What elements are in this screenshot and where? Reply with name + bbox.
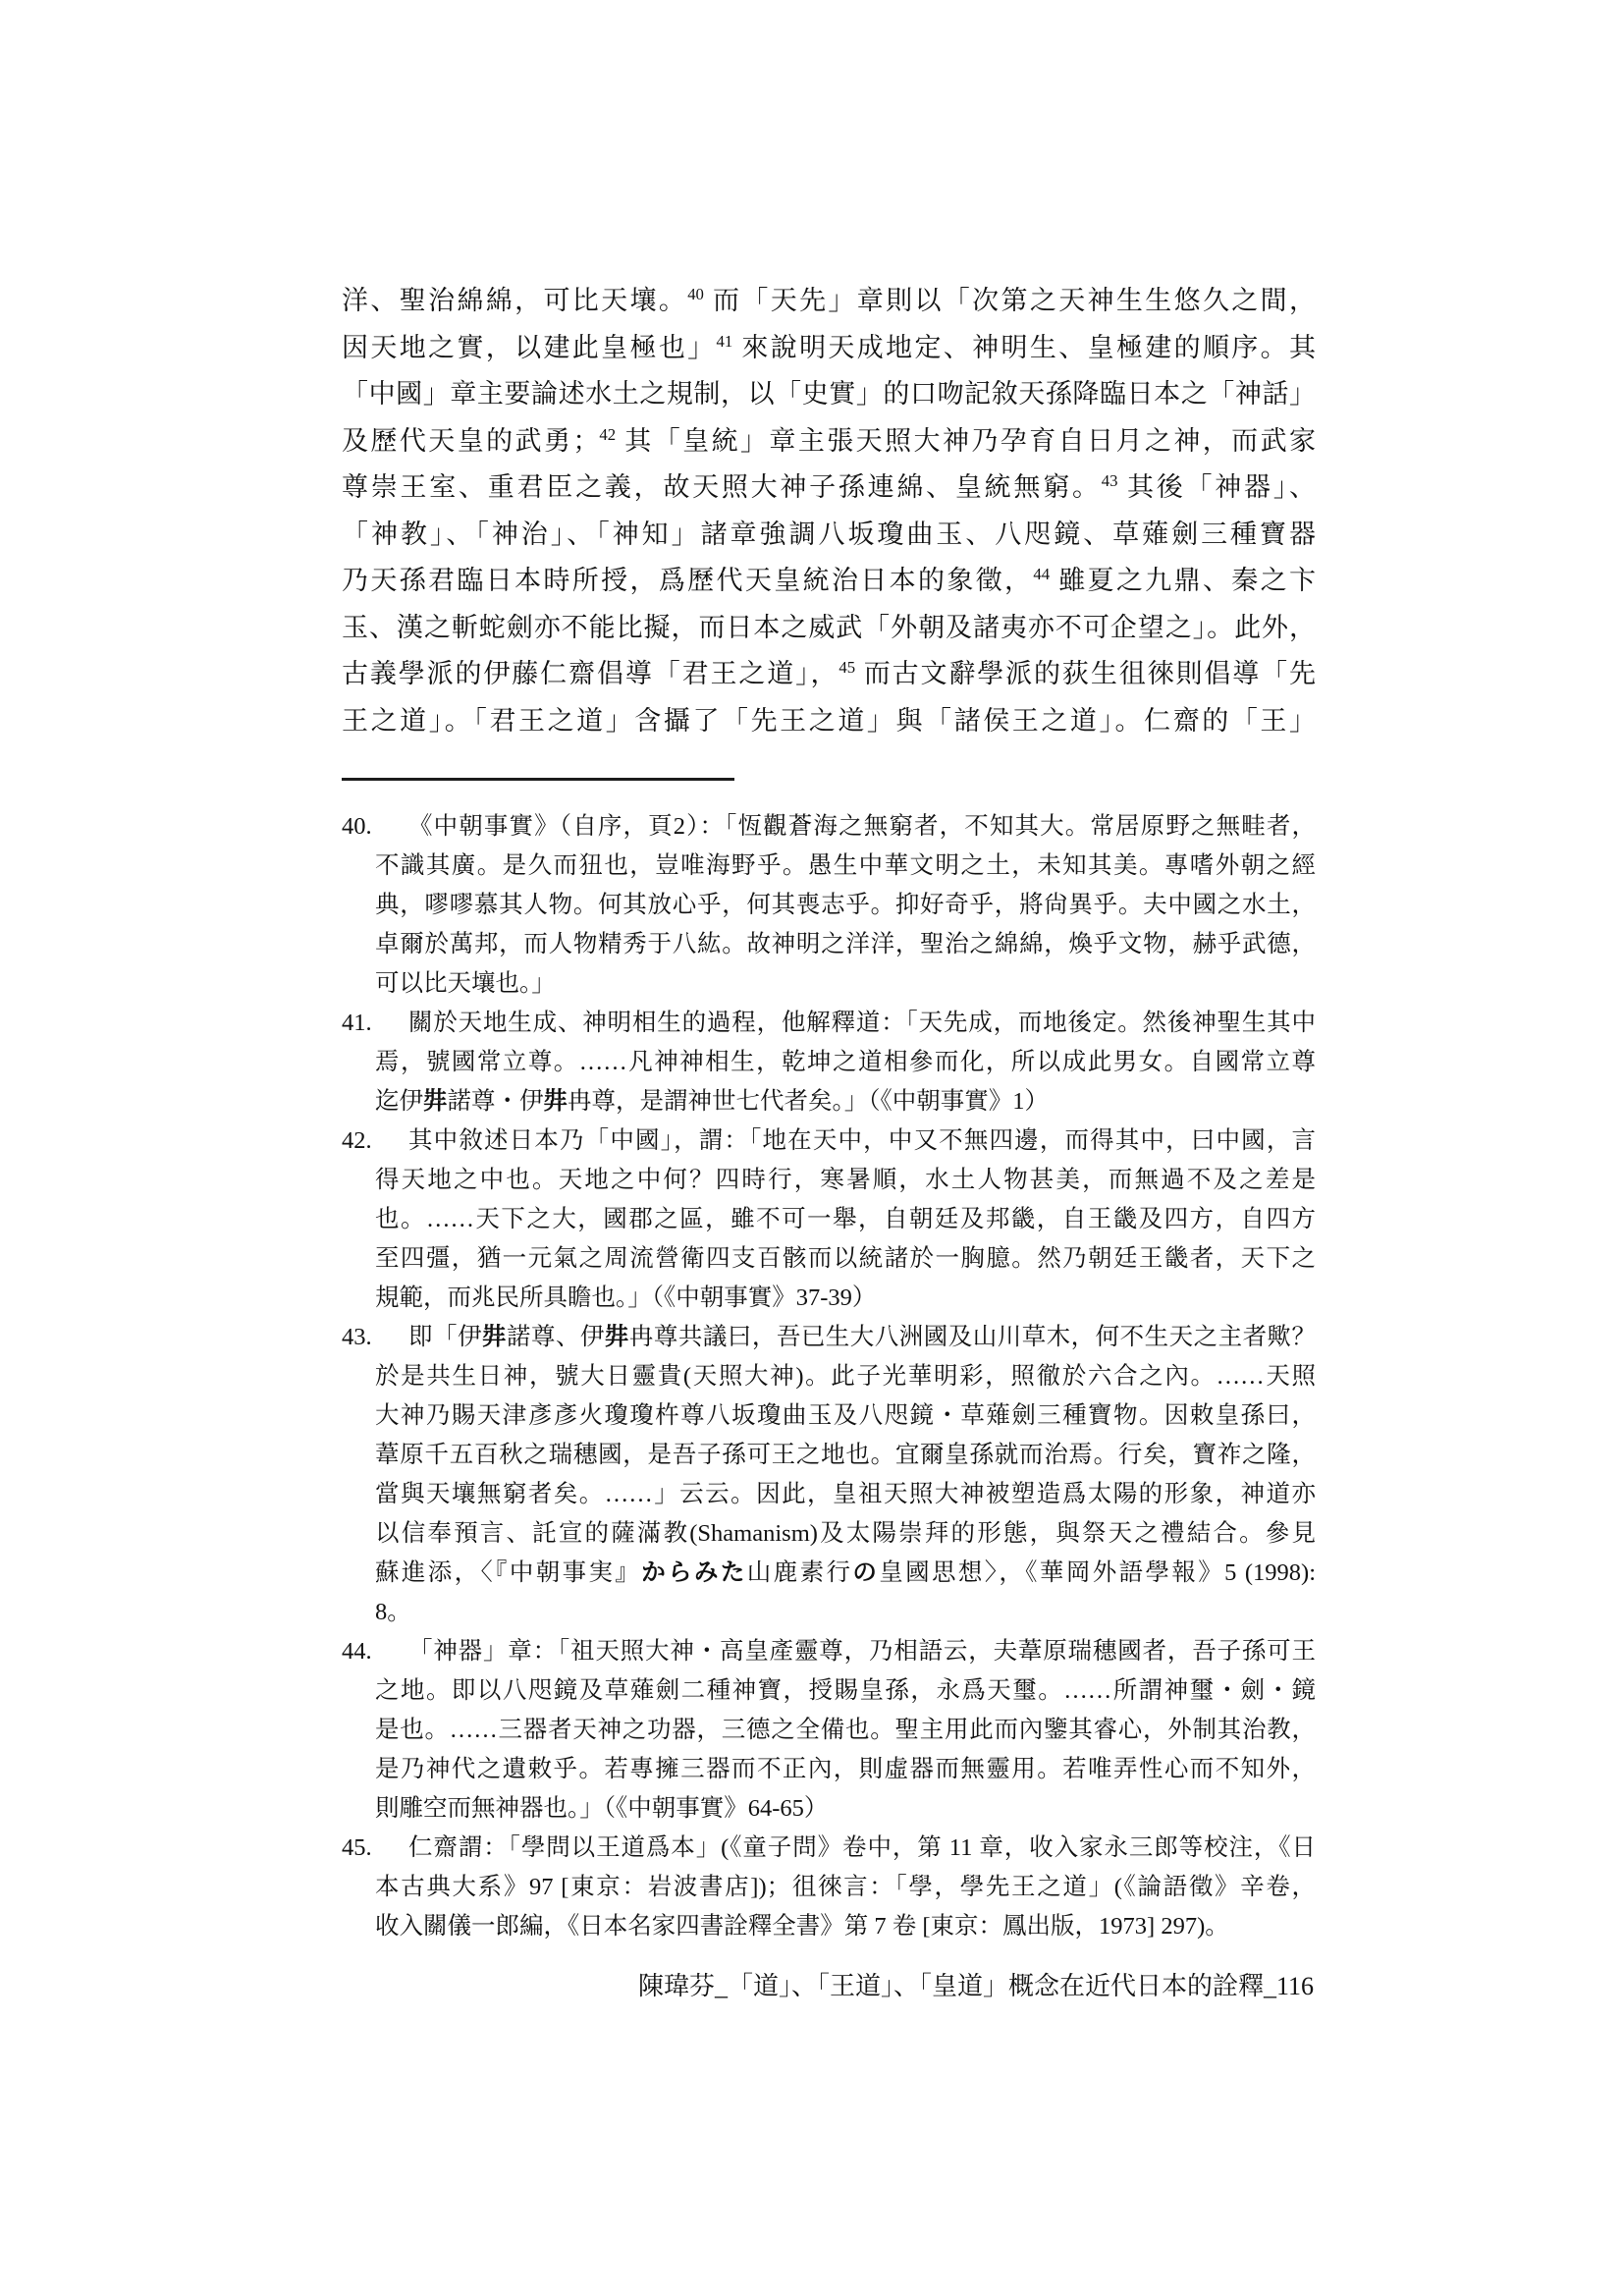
bold-text: 弉 (605, 1324, 629, 1350)
footnote-line: 仁齋謂：「學問以王道爲本」(《童子問》卷中，第 11 章，收入家永三郎等校注，《… (375, 1829, 1316, 1868)
body-line: 及歷代天皇的武勇；42 其「皇統」章主張天照大神乃孕育自日月之神，而武家 (342, 418, 1316, 465)
footnote-ref-40: 40 (687, 285, 704, 303)
body-line: 玉、漢之斬蛇劍亦不能比擬，而日本之威武「外朝及諸夷亦不可企望之」。此外， (342, 605, 1316, 652)
footnote-number: 45. (342, 1829, 372, 1868)
footnote-number: 44. (342, 1632, 372, 1671)
page-footer: 陳瑋芬_「道」、「王道」、「皇道」概念在近代日本的詮釋_116 (342, 1969, 1314, 2004)
bold-text: 弉 (544, 1088, 568, 1115)
footnote-number: 41. (342, 1004, 372, 1043)
footnote-line: 《中朝事實》（自序，頁2）：「恆觀蒼海之無窮者，不知其大。常居原野之無畦者， (375, 807, 1316, 847)
footnote-line: 典，嘐嘐慕其人物。何其放心乎，何其喪志乎。抑好奇乎，將尙異乎。夫中國之水土， (375, 886, 1316, 925)
footnote-separator (342, 778, 734, 781)
footnote-line: 收入關儀一郎編，《日本名家四書詮釋全書》第 7 卷 [東京：鳳出版，1973] … (375, 1907, 1316, 1946)
footnote-line: 本古典大系》97 [東京：岩波書店])；徂徠言：「學，學先王之道」(《論語徵》辛… (375, 1868, 1316, 1907)
footnote-line: 卓爾於萬邦，而人物精秀于八紘。故神明之洋洋，聖治之綿綿，煥乎文物，赫乎武德， (375, 925, 1316, 964)
body-line: 古義學派的伊藤仁齋倡導「君王之道」，45 而古文辭學派的荻生徂徠則倡導「先 (342, 651, 1316, 698)
body-line: 尊崇王室、重君臣之義，故天照大神子孫連綿、皇統無窮。43 其後「神器」、 (342, 465, 1316, 512)
body-line: 王之道」。「君王之道」含攝了「先王之道」與「諸侯王之道」。仁齋的「王」 (342, 698, 1316, 745)
footnote-number: 43. (342, 1318, 372, 1357)
footnote-item: 41.關於天地生成、神明相生的過程，他解釋道：「天先成，而地後定。然後神聖生其中… (375, 1004, 1316, 1121)
body-line: 因天地之實，以建此皇極也」41 來說明天成地定、神明生、皇極建的順序。其 (342, 325, 1316, 372)
footnote-line: 是乃神代之遺敕乎。若專擁三器而不正內，則虛器而無靈用。若唯弄性心而不知外， (375, 1750, 1316, 1789)
footnote-item: 42.其中敘述日本乃「中國」，謂：「地在天中，中又不無四邊，而得其中，曰中國，言… (375, 1121, 1316, 1318)
footnote-line: 其中敘述日本乃「中國」，謂：「地在天中，中又不無四邊，而得其中，曰中國，言 (375, 1121, 1316, 1161)
footnote-line: 至四彊，猶一元氣之周流營衛四支百骸而以統諸於一胸臆。然乃朝廷王畿者，天下之 (375, 1239, 1316, 1279)
footnote-line: 不識其廣。是久而狃也，豈唯海野乎。愚生中華文明之土，未知其美。專嗜外朝之經 (375, 847, 1316, 886)
footnote-number: 42. (342, 1121, 372, 1161)
footnote-ref-45: 45 (839, 658, 855, 677)
body-line: 「中國」章主要論述水土之規制，以「史實」的口吻記敘天孫降臨日本之「神話」 (342, 371, 1316, 418)
footnote-line: 於是共生日神，號大日靈貴(天照大神)。此子光華明彩，照徹於六合之內。……天照 (375, 1357, 1316, 1396)
footnote-line: 大神乃賜天津彥彥火瓊瓊杵尊八坂瓊曲玉及八咫鏡・草薙劍三種寶物。因敕皇孫曰， (375, 1396, 1316, 1436)
footnote-line: 規範，而兆民所具瞻也。」（《中朝事實》37-39） (375, 1279, 1316, 1318)
footnote-item: 45.仁齋謂：「學問以王道爲本」(《童子問》卷中，第 11 章，收入家永三郎等校… (375, 1829, 1316, 1946)
footnote-line: 關於天地生成、神明相生的過程，他解釋道：「天先成，而地後定。然後神聖生其中 (375, 1004, 1316, 1043)
footnote-item: 44.「神器」章：「祖天照大神・高皇產靈尊，乃相語云，夫葦原瑞穗國者，吾子孫可王… (375, 1632, 1316, 1829)
running-title: 陳瑋芬_「道」、「王道」、「皇道」概念在近代日本的詮釋_116 (638, 1972, 1314, 2000)
bold-text: 弉 (482, 1324, 507, 1350)
footnote-line: 葦原千五百秋之瑞穗國，是吾子孫可王之地也。宜爾皇孫就而治焉。行矣，寶祚之隆， (375, 1436, 1316, 1475)
bold-text: の (852, 1559, 879, 1586)
footnote-line: 8。 (375, 1593, 1316, 1632)
bold-text: からみた (641, 1559, 747, 1586)
footnote-line: 以信奉預言、託宣的薩滿教(Shamanism)及太陽崇拜的形態，與祭天之禮結合。… (375, 1514, 1316, 1554)
body-paragraph: 洋、聖治綿綿，可比天壤。40 而「天先」章則以「次第之天神生生悠久之間，因天地之… (342, 278, 1316, 744)
body-line: 乃天孫君臨日本時所授，爲歷代天皇統治日本的象徵，44 雖夏之九鼎、秦之卞 (342, 558, 1316, 605)
footnote-line: 即「伊弉諾尊、伊弉冉尊共議曰，吾已生大八洲國及山川草木，何不生天之主者歟？ (375, 1318, 1316, 1357)
body-line: 「神教」、「神治」、「神知」諸章強調八坂瓊曲玉、八咫鏡、草薙劍三種寶器 (342, 512, 1316, 559)
footnote-line: 之地。即以八咫鏡及草薙劍二種神寶，授賜皇孫，永爲天璽。……所謂神璽・劍・鏡 (375, 1671, 1316, 1711)
footnote-ref-42: 42 (599, 425, 616, 444)
footnote-line: 當與天壤無窮者矣。……」云云。因此，皇祖天照大神被塑造爲太陽的形象，神道亦 (375, 1475, 1316, 1514)
footnote-line: 則雕空而無神器也。」（《中朝事實》64-65） (375, 1789, 1316, 1829)
footnote-line: 是也。……三器者天神之功器，三德之全備也。聖主用此而內鑒其睿心，外制其治教， (375, 1711, 1316, 1750)
footnote-line: 蘇進添，〈『中朝事実』からみた山鹿素行の皇國思想〉，《華岡外語學報》5 (199… (375, 1554, 1316, 1593)
footnote-number: 40. (342, 807, 372, 847)
bold-text: 弉 (423, 1088, 448, 1115)
footnote-line: 迄伊弉諾尊・伊弉冉尊，是謂神世七代者矣。」（《中朝事實》1） (375, 1082, 1316, 1121)
footnote-item: 43.即「伊弉諾尊、伊弉冉尊共議曰，吾已生大八洲國及山川草木，何不生天之主者歟？… (375, 1318, 1316, 1632)
footnote-line: 焉，號國常立尊。……凡神神相生，乾坤之道相參而化，所以成此男女。自國常立尊 (375, 1043, 1316, 1082)
footnote-line: 得天地之中也。天地之中何？四時行，寒暑順，水土人物甚美，而無過不及之差是 (375, 1161, 1316, 1200)
document-page: 洋、聖治綿綿，可比天壤。40 而「天先」章則以「次第之天神生生悠久之間，因天地之… (0, 0, 1623, 2296)
footnote-line: 「神器」章：「祖天照大神・高皇產靈尊，乃相語云，夫葦原瑞穗國者，吾子孫可王 (375, 1632, 1316, 1671)
footnote-ref-41: 41 (717, 332, 733, 351)
footnote-line: 也。……天下之大，國郡之區，雖不可一舉，自朝廷及邦畿，自王畿及四方，自四方 (375, 1200, 1316, 1239)
footnote-ref-43: 43 (1102, 471, 1118, 490)
footnote-item: 40.《中朝事實》（自序，頁2）：「恆觀蒼海之無窮者，不知其大。常居原野之無畦者… (375, 807, 1316, 1004)
footnote-line: 可以比天壤也。」 (375, 964, 1316, 1004)
footnote-ref-44: 44 (1033, 565, 1050, 583)
footnotes-section: 40.《中朝事實》（自序，頁2）：「恆觀蒼海之無窮者，不知其大。常居原野之無畦者… (342, 807, 1316, 1946)
body-line: 洋、聖治綿綿，可比天壤。40 而「天先」章則以「次第之天神生生悠久之間， (342, 278, 1316, 325)
